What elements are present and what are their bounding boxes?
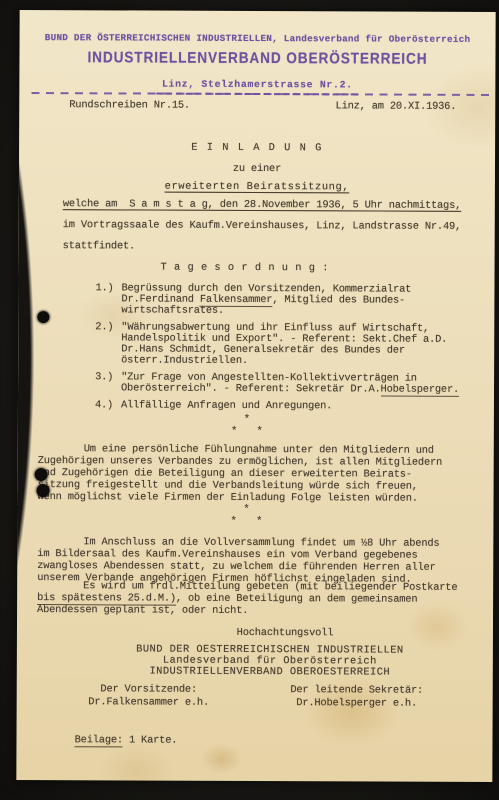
text-line: Allfällige Anfragen und Anregungen. (121, 400, 484, 413)
circular-number: Rundschreiben Nr.15. (69, 99, 190, 112)
closing-org-line3: INDUSTRIELLENVERBAND OBEROESTERREICH (47, 666, 493, 679)
text-line: wenn möglichst viele Firmen der Einladun… (38, 491, 488, 505)
agenda-item-text: "Zur Frage von Angestellten-Kollektivver… (121, 372, 484, 396)
text-line: Abendessen geplant ist, oder nicht. (37, 604, 487, 618)
agenda-item-number: 1.) (95, 283, 121, 316)
agenda-item-number: 3.) (95, 372, 121, 394)
punch-hole (35, 468, 48, 481)
asterisk-row: * (187, 415, 307, 427)
asterisk-row: * (186, 505, 306, 517)
invitation-title: E I N L A D U N G (19, 141, 495, 155)
paragraph-dinner: Im Anschluss an die Vollversammlung find… (37, 536, 487, 586)
enclosure-note: Beilage: 1 Karte. (50, 722, 177, 759)
invitation-closing: stattfindet. (63, 240, 135, 252)
text-line: Oberösterreich". - Referent: Sekretär Dr… (121, 383, 484, 396)
agenda-item: 2.)"Währungsabwertung und ihr Einfluss a… (95, 322, 484, 368)
closing-org-block: BUND DER OESTERREICHISCHEN INDUSTRIELLEN… (47, 644, 493, 679)
document-page: BUND DER ÖSTERREICHISCHEN INDUSTRIELLEN,… (16, 10, 495, 782)
salutation: Hochachtungsvoll (77, 626, 493, 640)
enclosure-text: 1 Karte. (123, 734, 177, 746)
asterisk-ornament: * * * (186, 505, 306, 529)
agenda-item: 1.)Begrüssung durch den Vorsitzenden, Ko… (95, 283, 484, 318)
asterisk-row: * * (187, 426, 307, 438)
agenda-heading: T a g e s o r d n u n g : (161, 262, 329, 275)
invitation-event: erweiterten Beiratssitzung, (19, 180, 495, 194)
text-line: österr.Industriellen. (121, 355, 484, 368)
letterhead-stamp-title: INDUSTRIELLENVERBAND OBERÖSTERREICH (48, 47, 467, 71)
letterhead-org-line: BUND DER ÖSTERREICHISCHEN INDUSTRIELLEN,… (20, 32, 496, 46)
scan-background: { "page": { "background": "#181715", "pa… (0, 0, 499, 800)
agenda-item-text: "Währungsabwertung und ihr Einfluss auf … (121, 322, 484, 368)
agenda-item-number: 4.) (95, 400, 121, 411)
invitation-where: im Vortragssaale des Kaufm.Vereinshauses… (63, 219, 461, 233)
punch-hole (37, 311, 49, 323)
agenda-list: 1.)Begrüssung durch den Vorsitzenden, Ko… (95, 283, 485, 419)
signature-name: Dr.Hobelsperger e.h. (272, 697, 442, 711)
invitation-subtitle: zu einer (19, 162, 495, 176)
agenda-item: 4.)Allfällige Anfragen und Anregungen. (95, 400, 484, 413)
agenda-item-text: Begrüssung durch den Vorsitzenden, Komme… (121, 283, 484, 318)
enclosure-label: Beilage: (75, 734, 123, 747)
agenda-item-number: 2.) (95, 322, 121, 366)
asterisk-ornament: * * * (187, 415, 307, 439)
punch-hole (37, 484, 50, 497)
signature-secretary: Der leitende Sekretär: Dr.Hobelsperger e… (272, 684, 442, 711)
signature-chairman: Der Vorsitzende: Dr.Falkensammer e.h. (64, 683, 234, 710)
invitation-when: welche am S a m s t a g, den 28.November… (63, 198, 461, 212)
paragraph-contact: Um eine persönliche Fühlungnahme unter d… (38, 443, 488, 505)
agenda-item-text: Allfällige Anfragen und Anregungen. (121, 400, 484, 413)
date-line: Linz, am 20.XI.1936. (336, 100, 457, 113)
signature-role: Der leitende Sekretär: (272, 684, 442, 698)
agenda-item: 3.)"Zur Frage von Angestellten-Kollektiv… (95, 372, 484, 396)
signature-name: Dr.Falkensammer e.h. (64, 696, 234, 710)
signature-role: Der Vorsitzende: (64, 683, 234, 697)
asterisk-row: * * (186, 516, 306, 528)
text-line: wirtschaftsrates. (121, 305, 484, 318)
paragraph-reply-request: Es wird um frdl.Mitteilung gebeten (mit … (37, 580, 487, 618)
